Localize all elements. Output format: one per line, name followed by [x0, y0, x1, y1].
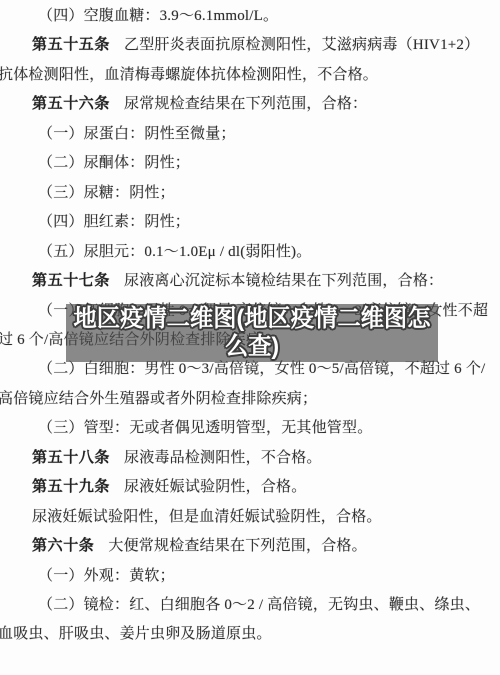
watermark-text-line2: 么查): [225, 333, 279, 361]
document-line: 第五十九条尿液妊娠试验阴性，合格。: [32, 479, 306, 495]
document-line: （二）白细胞：男性 0～3/高倍镜，女性 0～5/高倍镜，不超过 6 个/: [38, 361, 485, 377]
line-text: （二）镜检：红、白细胞各 0～2 / 高倍镜，无钩虫、鞭虫、绦虫、: [38, 597, 480, 613]
line-text: 尿液毒品检测阳性，不合格。: [124, 450, 322, 466]
line-text: （四）空腹血糖：3.9～6.1mmol/L。: [38, 8, 278, 24]
line-text: 血吸虫、肝吸虫、姜片虫卵及肠道原虫。: [0, 626, 272, 642]
document-line: （一）外观：黄软；: [38, 568, 175, 584]
article-number: 第五十七条: [32, 273, 110, 289]
document-line: （四）胆红素：阴性；: [38, 214, 190, 230]
line-text: 尿液妊娠试验阳性，但是血清妊娠试验阴性，合格。: [32, 509, 382, 525]
document-line: 抗体检测阳性，血清梅毒螺旋体抗体检测阳性，不合格。: [0, 67, 378, 83]
line-text: 尿常规检查结果在下列范围，合格：: [124, 96, 367, 112]
line-text: 尿液离心沉淀标本镜检结果在下列范围，合格：: [124, 273, 443, 289]
watermark-banner: 地区疫情二维图(地区疫情二维图怎 么查): [66, 304, 438, 362]
line-text: 乙型肝炎表面抗原检测阳性，艾滋病病毒（HIV1+2）: [124, 37, 479, 53]
article-number: 第六十条: [32, 538, 94, 554]
document-line: （三）尿糖：阴性；: [38, 185, 175, 201]
document-line: 第六十条大便常规检查结果在下列范围，合格。: [32, 538, 367, 554]
document-line: 高倍镜应结合外生殖器或者外阴检查排除疾病；: [0, 391, 317, 407]
line-text: 抗体检测阳性，血清梅毒螺旋体抗体检测阳性，不合格。: [0, 67, 378, 83]
document-line: （一）尿蛋白：阴性至微量；: [38, 126, 236, 142]
line-text: （三）尿糖：阴性；: [38, 185, 175, 201]
line-text: （三）管型：无或者偶见透明管型，无其他管型。: [38, 420, 372, 436]
article-number: 第五十五条: [32, 37, 110, 53]
line-text: （二）白细胞：男性 0～3/高倍镜，女性 0～5/高倍镜，不超过 6 个/: [38, 361, 485, 377]
line-text: （一）尿蛋白：阴性至微量；: [38, 126, 236, 142]
document-line: （三）管型：无或者偶见透明管型，无其他管型。: [38, 420, 372, 436]
document-line: 第五十八条尿液毒品检测阳性，不合格。: [32, 450, 322, 466]
scanned-document-page: （四）空腹血糖：3.9～6.1mmol/L。第五十五条乙型肝炎表面抗原检测阳性，…: [0, 0, 500, 675]
document-line: （二）镜检：红、白细胞各 0～2 / 高倍镜，无钩虫、鞭虫、绦虫、: [38, 597, 480, 613]
line-text: （四）胆红素：阴性；: [38, 214, 190, 230]
document-line: 第五十七条尿液离心沉淀标本镜检结果在下列范围，合格：: [32, 273, 443, 289]
document-line: 第五十六条尿常规检查结果在下列范围，合格：: [32, 96, 367, 112]
document-line: （二）尿酮体：阴性；: [38, 155, 190, 171]
article-number: 第五十九条: [32, 479, 110, 495]
line-text: 高倍镜应结合外生殖器或者外阴检查排除疾病；: [0, 391, 317, 407]
article-number: 第五十六条: [32, 96, 110, 112]
watermark-text-line1: 地区疫情二维图(地区疫情二维图怎: [74, 305, 431, 333]
line-text: 大便常规检查结果在下列范围，合格。: [108, 538, 366, 554]
line-text: （二）尿酮体：阴性；: [38, 155, 190, 171]
document-line: （五）尿胆元：0.1～1.0Eμ / dl(弱阳性)。: [38, 244, 311, 260]
document-line: 血吸虫、肝吸虫、姜片虫卵及肠道原虫。: [0, 626, 272, 642]
line-text: （五）尿胆元：0.1～1.0Eμ / dl(弱阳性)。: [38, 244, 311, 260]
document-line: 第五十五条乙型肝炎表面抗原检测阳性，艾滋病病毒（HIV1+2）: [32, 37, 479, 53]
document-line: 尿液妊娠试验阳性，但是血清妊娠试验阴性，合格。: [32, 509, 382, 525]
article-number: 第五十八条: [32, 450, 110, 466]
line-text: （一）外观：黄软；: [38, 568, 175, 584]
line-text: 尿液妊娠试验阴性，合格。: [124, 479, 306, 495]
document-line: （四）空腹血糖：3.9～6.1mmol/L。: [38, 8, 278, 24]
